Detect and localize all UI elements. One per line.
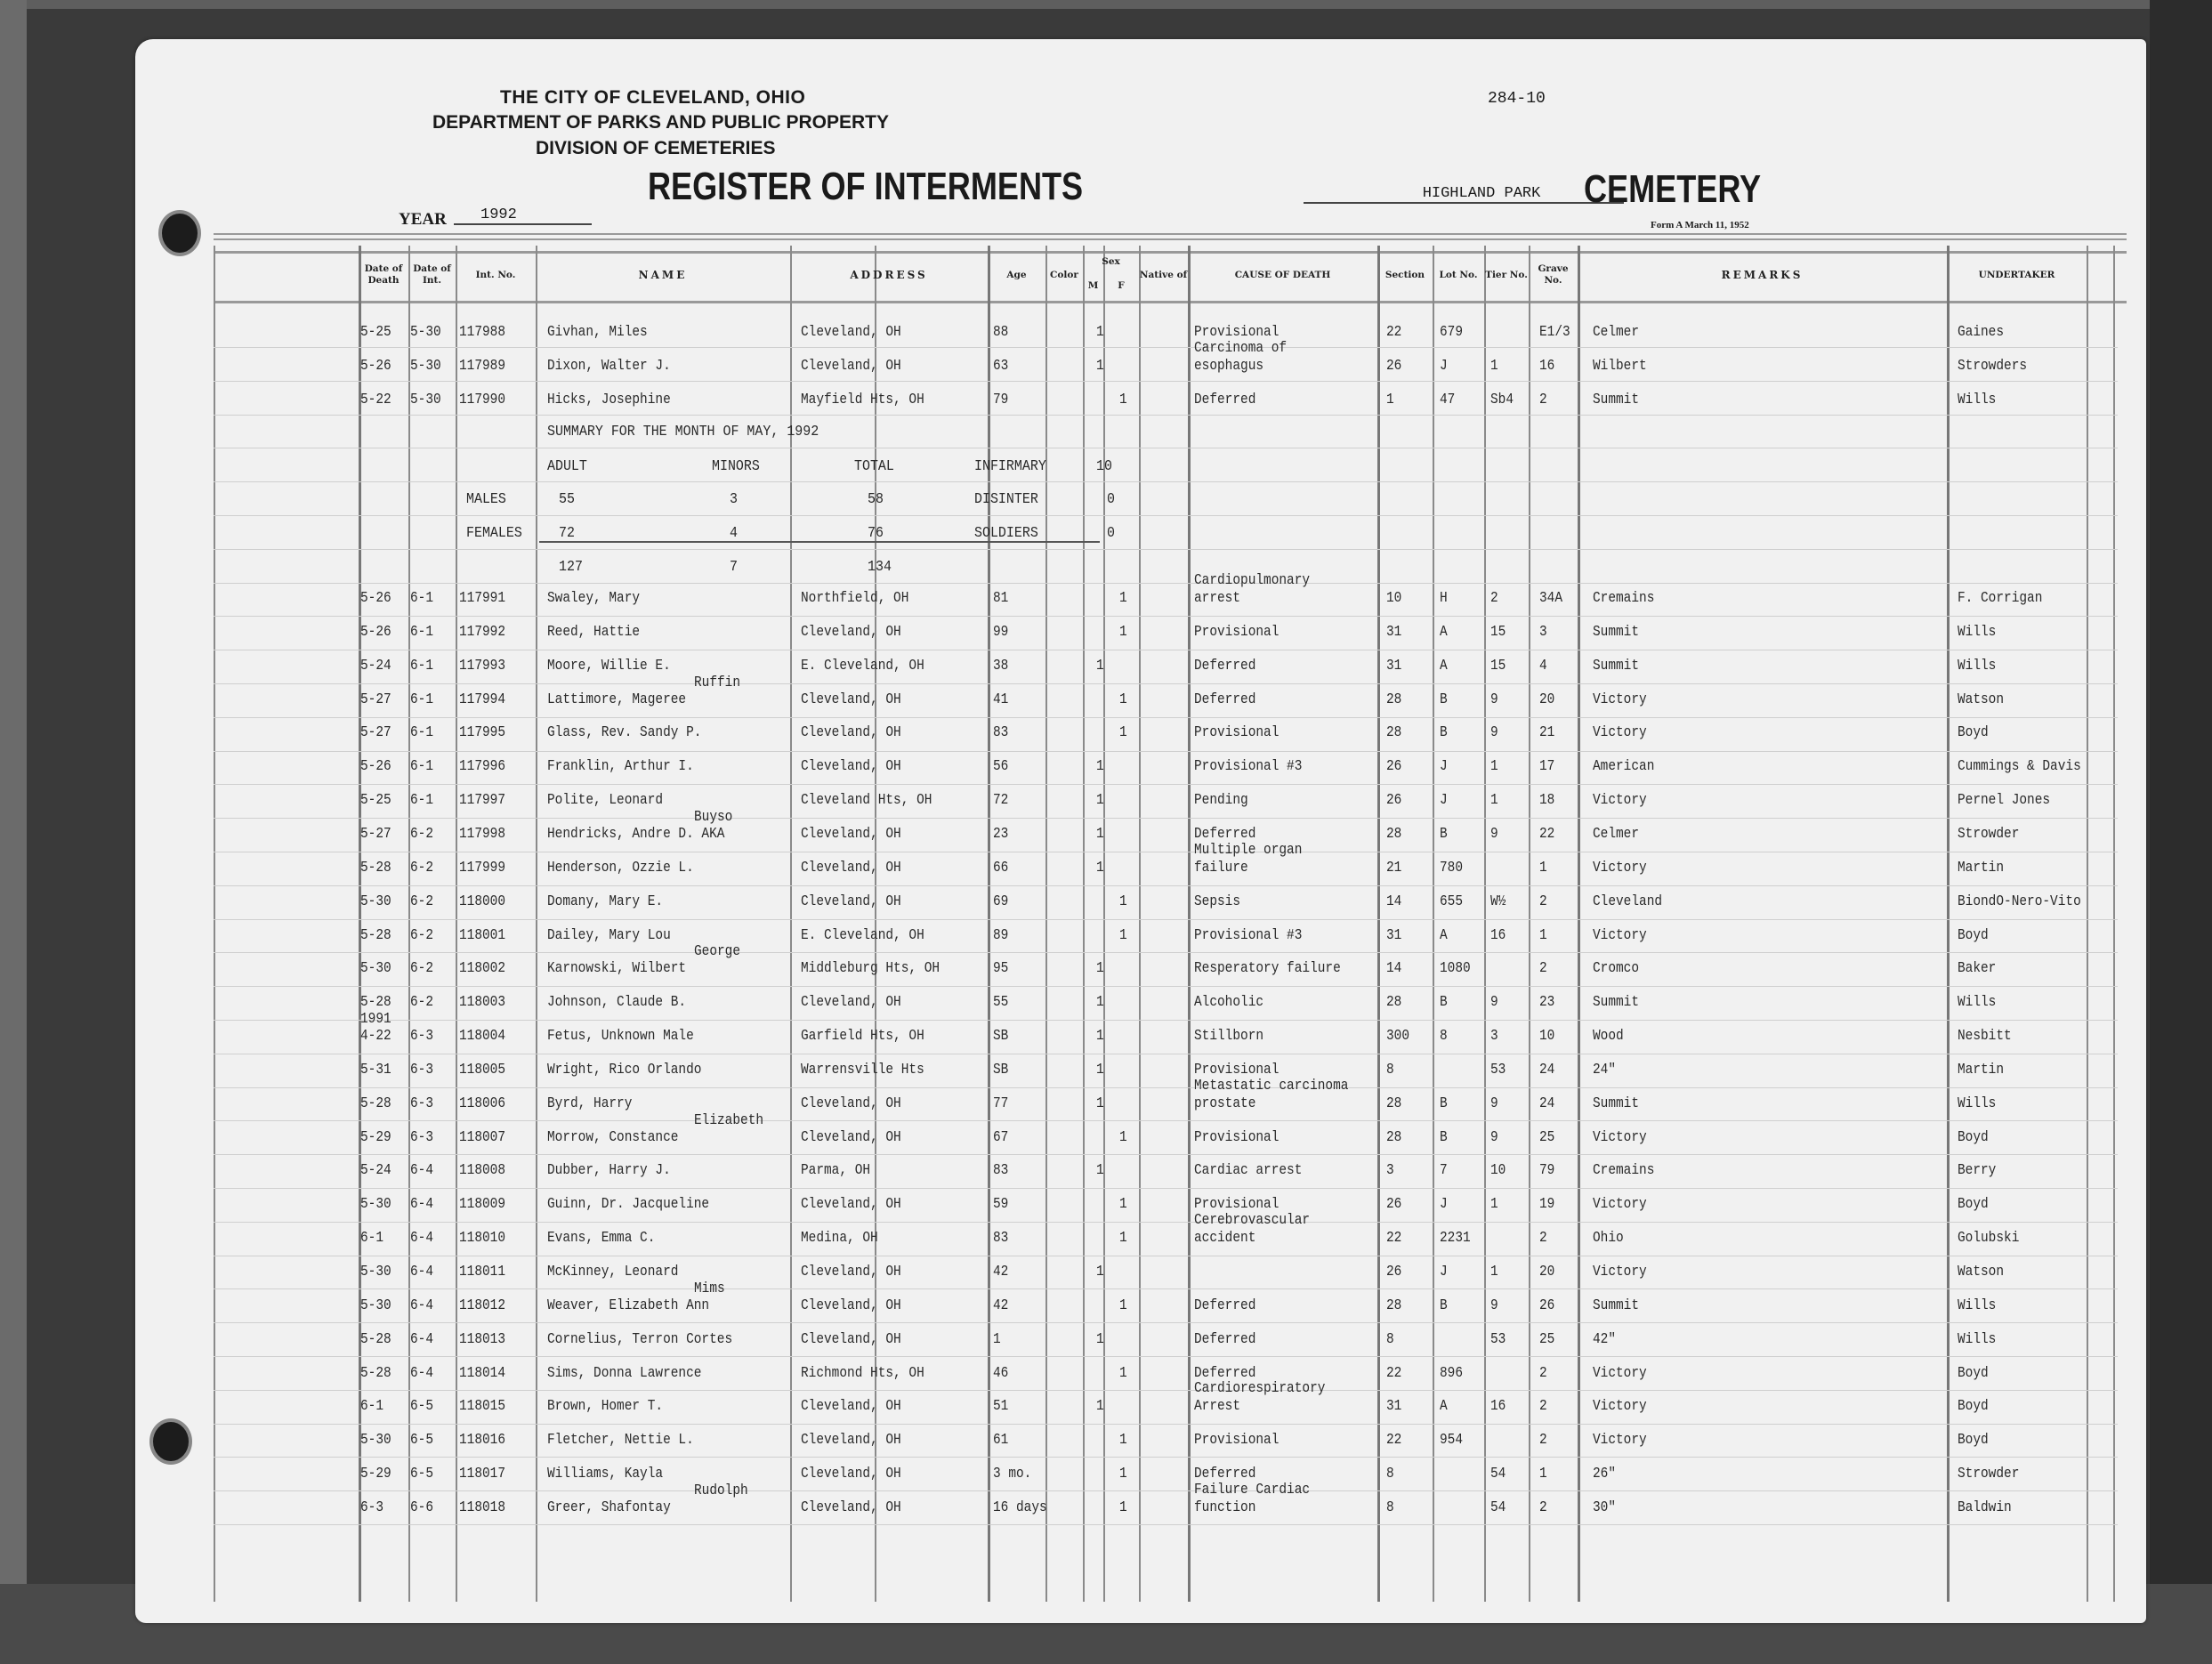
summary-total-label: TOTAL	[854, 458, 894, 475]
cell-name-annotation: Elizabeth	[694, 1112, 763, 1129]
cell-sex-f: 1	[1119, 691, 1127, 708]
cell-age: 77	[993, 1095, 1008, 1112]
cell-tier-no: 9	[1490, 691, 1498, 708]
cell-grave-no: 2	[1539, 1365, 1547, 1382]
cell-date-of-death: 5-26	[360, 624, 392, 641]
col-tier-no: Tier No.	[1484, 251, 1529, 299]
cemetery-label: CEMETERY	[1584, 167, 1761, 212]
disinter-label: DISINTER	[974, 491, 1038, 508]
cell-grave-no: 22	[1539, 826, 1554, 843]
cell-section: 1	[1386, 392, 1394, 408]
ruled-line	[214, 852, 2118, 852]
cell-lot-no: 679	[1440, 324, 1463, 341]
cell-remarks: Victory	[1593, 691, 1647, 708]
cell-section: 10	[1386, 590, 1401, 607]
cell-remarks: Victory	[1593, 1365, 1647, 1382]
cell-lot-no: 896	[1440, 1365, 1463, 1382]
cell-int-no: 118006	[459, 1095, 505, 1112]
cell-date-of-death: 5-22	[360, 392, 392, 408]
cell-undertaker: Martin	[1958, 860, 2004, 876]
cell-sex-m: 1	[1096, 658, 1104, 674]
cell-remarks: Victory	[1593, 1196, 1647, 1213]
cell-undertaker: Cummings & Davis	[1958, 758, 2081, 775]
cell-date-of-int: 6-2	[410, 927, 433, 944]
cell-name: Polite, Leonard	[547, 792, 663, 809]
cell-tier-no: 9	[1490, 1095, 1498, 1112]
year-field: 1992	[454, 206, 592, 225]
cell-date-of-int: 6-2	[410, 826, 433, 843]
ruled-line	[214, 1390, 2118, 1391]
cell-undertaker: F. Corrigan	[1958, 590, 2042, 607]
cell-sex-m: 1	[1096, 1264, 1104, 1280]
cell-date-of-int: 6-2	[410, 994, 433, 1011]
cell-cause-of-death: Cardiac arrest	[1194, 1162, 1302, 1179]
cell-undertaker: Boyd	[1958, 1398, 1989, 1415]
cell-undertaker: Wills	[1958, 624, 1996, 641]
cell-age: 79	[993, 392, 1008, 408]
cell-remarks: Celmer	[1593, 324, 1639, 341]
ruled-line	[214, 1322, 2118, 1323]
cell-grave-no: 17	[1539, 758, 1554, 775]
cell-date-of-death: 5-25	[360, 792, 392, 809]
column-divider	[988, 246, 990, 1602]
ruled-line	[214, 1154, 2118, 1155]
ruled-line	[214, 415, 2118, 416]
cell-remarks: Victory	[1593, 860, 1647, 876]
cell-remarks: Summit	[1593, 1095, 1639, 1112]
cell-undertaker: Wills	[1958, 1095, 1996, 1112]
col-address: ADDRESS	[790, 251, 988, 299]
cell-grave-no: 1	[1539, 927, 1547, 944]
cell-address: Warrensville Hts	[801, 1062, 924, 1078]
cell-sex-m: 1	[1096, 324, 1104, 341]
cell-section: 8	[1386, 1466, 1394, 1482]
cell-date-of-int: 6-3	[410, 1028, 433, 1045]
summary-title: SUMMARY FOR THE MONTH OF MAY, 1992	[547, 424, 819, 440]
cell-age: 41	[993, 691, 1008, 708]
ruled-line	[214, 717, 2118, 718]
cell-tier-no: 53	[1490, 1331, 1506, 1348]
cell-name: Henderson, Ozzie L.	[547, 860, 694, 876]
cell-int-no: 118017	[459, 1466, 505, 1482]
cell-int-no: 117995	[459, 724, 505, 741]
summary-total-rule	[539, 541, 1100, 543]
cell-age: 83	[993, 724, 1008, 741]
header-rule-top-2	[214, 238, 2127, 240]
cemetery-name-field: HIGHLAND PARK	[1304, 185, 1624, 204]
ruled-line	[214, 448, 2118, 448]
cell-date-of-death: 5-26	[360, 590, 392, 607]
cell-name-annotation: Mims	[694, 1280, 725, 1297]
cell-grave-no: 1	[1539, 1466, 1547, 1482]
cell-address: Cleveland, OH	[801, 1297, 901, 1314]
cell-date-of-death: 5-28	[360, 927, 392, 944]
cell-address: E. Cleveland, OH	[801, 927, 924, 944]
cell-section: 26	[1386, 1196, 1401, 1213]
cell-int-no: 117991	[459, 590, 505, 607]
cell-address: Parma, OH	[801, 1162, 870, 1179]
cell-section: 8	[1386, 1499, 1394, 1516]
cell-remarks: Summit	[1593, 1297, 1639, 1314]
sum-total: 134	[868, 559, 892, 576]
cell-remarks: American	[1593, 758, 1654, 775]
cell-section: 22	[1386, 1432, 1401, 1449]
cell-date-of-int: 6-4	[410, 1297, 433, 1314]
cell-lot-no: B	[1440, 826, 1448, 843]
cell-remarks: 26"	[1593, 1466, 1616, 1482]
cell-lot-no: B	[1440, 691, 1448, 708]
ruled-line	[214, 515, 2118, 516]
cell-remarks: 42"	[1593, 1331, 1616, 1348]
cell-int-no: 118009	[459, 1196, 505, 1213]
ruled-line	[214, 818, 2118, 819]
cell-cause-of-death: Carcinoma of	[1194, 340, 1287, 357]
cell-grave-no: 79	[1539, 1162, 1554, 1179]
cell-name: Fetus, Unknown Male	[547, 1028, 694, 1045]
cell-age: 42	[993, 1264, 1008, 1280]
cell-address: Cleveland, OH	[801, 1398, 901, 1415]
summary-males-label: MALES	[466, 491, 506, 508]
summary-adult-label: ADULT	[547, 458, 587, 475]
cell-address: Cleveland, OH	[801, 724, 901, 741]
cell-undertaker: Pernel Jones	[1958, 792, 2050, 809]
ruled-line	[214, 549, 2118, 550]
cell-cause-of-death: Cerebrovascular	[1194, 1212, 1310, 1229]
cell-name: Sims, Donna Lawrence	[547, 1365, 701, 1382]
ruled-line	[214, 986, 2118, 987]
cell-address: Cleveland, OH	[801, 758, 901, 775]
cell-cause-of-death: Cardiorespiratory	[1194, 1380, 1325, 1397]
cell-name: Hendricks, Andre D. AKA	[547, 826, 724, 843]
cell-date-of-death: 5-27	[360, 826, 392, 843]
column-divider	[1377, 246, 1380, 1602]
cell-lot-no: A	[1440, 1398, 1448, 1415]
col-date-of-death: Date of Death	[359, 251, 408, 299]
cell-age: 89	[993, 927, 1008, 944]
ruled-line	[214, 381, 2118, 382]
column-divider	[1484, 246, 1486, 1602]
cell-grave-no: E1/3	[1539, 324, 1570, 341]
city-heading: THE CITY OF CLEVELAND, OHIO	[500, 87, 805, 109]
cell-int-no: 117988	[459, 324, 505, 341]
cell-date-of-int: 6-1	[410, 724, 433, 741]
infirmary-value: 10	[1096, 458, 1112, 475]
cell-cause-of-death: Pending	[1194, 792, 1248, 809]
cell-cause-of-death: Metastatic carcinoma	[1194, 1078, 1348, 1095]
cell-sex-f: 1	[1119, 1196, 1127, 1213]
cell-date-of-death: 6-1	[360, 1398, 383, 1415]
cell-section: 26	[1386, 1264, 1401, 1280]
cell-tier-no: 1	[1490, 792, 1498, 809]
cell-name: Weaver, Elizabeth Ann	[547, 1297, 709, 1314]
cell-section: 14	[1386, 893, 1401, 910]
cell-int-no: 117992	[459, 624, 505, 641]
cell-name: Brown, Homer T.	[547, 1398, 663, 1415]
cell-address: Cleveland, OH	[801, 1499, 901, 1516]
cell-undertaker: Strowders	[1958, 358, 2027, 375]
cell-remarks: Victory	[1593, 1398, 1647, 1415]
ruled-line	[214, 1188, 2118, 1189]
cell-date-of-death: 4-22	[360, 1028, 392, 1045]
cell-int-no: 118015	[459, 1398, 505, 1415]
form-number: 284-10	[1488, 90, 1546, 108]
ruled-line	[214, 1120, 2118, 1121]
cell-lot-no: 47	[1440, 392, 1455, 408]
cell-int-no: 118014	[459, 1365, 505, 1382]
cell-tier-no: 16	[1490, 927, 1506, 944]
cell-tier-no: 9	[1490, 994, 1498, 1011]
cell-tier-no: 10	[1490, 1162, 1506, 1179]
males-total: 58	[868, 491, 884, 508]
cell-cause-of-death: Failure Cardiac	[1194, 1482, 1310, 1498]
cell-section: 22	[1386, 1230, 1401, 1247]
cell-cause-of-death: Provisional #3	[1194, 758, 1302, 775]
cell-name: Dixon, Walter J.	[547, 358, 671, 375]
cell-grave-no: 2	[1539, 893, 1547, 910]
cell-tier-no: 9	[1490, 1297, 1498, 1314]
cell-age: 23	[993, 826, 1008, 843]
cell-lot-no: A	[1440, 624, 1448, 641]
ruled-line	[214, 1256, 2118, 1256]
cell-undertaker: Watson	[1958, 691, 2004, 708]
cell-tier-no: 16	[1490, 1398, 1506, 1415]
cell-date-of-death: 5-28	[360, 994, 392, 1011]
cell-date-of-int: 6-3	[410, 1095, 433, 1112]
col-native-of: Native of	[1139, 251, 1188, 299]
ruled-line	[214, 616, 2118, 617]
cell-date-of-int: 5-30	[410, 358, 441, 375]
cell-age: 55	[993, 994, 1008, 1011]
cell-date-of-int: 6-5	[410, 1398, 433, 1415]
cell-sex-f: 1	[1119, 1365, 1127, 1382]
cell-address: Cleveland, OH	[801, 860, 901, 876]
cell-sex-f: 1	[1119, 624, 1127, 641]
col-age: Age	[988, 251, 1045, 299]
cell-lot-no: J	[1440, 1196, 1448, 1213]
cell-age: 81	[993, 590, 1008, 607]
cell-lot-no: A	[1440, 658, 1448, 674]
cell-lot-no: J	[1440, 358, 1448, 375]
cell-lot-no: H	[1440, 590, 1448, 607]
cell-remarks: Victory	[1593, 1432, 1647, 1449]
cell-date-of-int: 5-30	[410, 392, 441, 408]
cell-name-annotation: Buyso	[694, 809, 732, 826]
cell-address: Cleveland, OH	[801, 1095, 901, 1112]
cell-name: Hicks, Josephine	[547, 392, 671, 408]
cell-grave-no: 2	[1539, 1398, 1547, 1415]
cell-int-no: 118002	[459, 960, 505, 977]
males-adult: 55	[559, 491, 575, 508]
cell-undertaker: Baldwin	[1958, 1499, 2012, 1516]
cell-tier-no: 1	[1490, 358, 1498, 375]
cell-date-of-int: 6-4	[410, 1365, 433, 1382]
cell-int-no: 117989	[459, 358, 505, 375]
cell-sex-m: 1	[1096, 960, 1104, 977]
cell-name: Franklin, Arthur I.	[547, 758, 694, 775]
summary-minors-label: MINORS	[712, 458, 760, 475]
cell-cause-of-death-line2: function	[1194, 1499, 1255, 1516]
ruled-line	[214, 683, 2118, 684]
cell-name-annotation: Rudolph	[694, 1482, 748, 1499]
cell-grave-no: 4	[1539, 658, 1547, 674]
cell-section: 21	[1386, 860, 1401, 876]
cell-age: 16 days	[993, 1499, 1047, 1516]
cell-undertaker: Strowder	[1958, 1466, 2019, 1482]
soldiers-value: 0	[1107, 525, 1115, 542]
cell-lot-no: 780	[1440, 860, 1463, 876]
cell-grave-no: 16	[1539, 358, 1554, 375]
cell-sex-f: 1	[1119, 1230, 1127, 1247]
cell-sex-f: 1	[1119, 1129, 1127, 1146]
cell-address: Cleveland, OH	[801, 994, 901, 1011]
cell-cause-of-death: Deferred	[1194, 392, 1255, 408]
cell-remarks: Victory	[1593, 927, 1647, 944]
cell-remarks: Cleveland	[1593, 893, 1662, 910]
ruled-line	[214, 650, 2118, 650]
cell-tier-no: 9	[1490, 724, 1498, 741]
ruled-line	[214, 1356, 2118, 1357]
cell-date-of-int: 6-1	[410, 624, 433, 641]
binder-right-edge	[2150, 0, 2212, 1664]
cell-address: Cleveland, OH	[801, 324, 901, 341]
cell-sex-f: 1	[1119, 392, 1127, 408]
page-title: REGISTER OF INTERMENTS	[648, 165, 1083, 209]
cell-remarks: Celmer	[1593, 826, 1639, 843]
cell-int-no: 117997	[459, 792, 505, 809]
cell-cause-of-death: Provisional	[1194, 1062, 1279, 1078]
cell-sex-m: 1	[1096, 994, 1104, 1011]
cell-date-of-death: 5-28	[360, 1365, 392, 1382]
cell-cause-of-death: Deferred	[1194, 1466, 1255, 1482]
cell-undertaker: Martin	[1958, 1062, 2004, 1078]
cell-tier-no: 54	[1490, 1466, 1506, 1482]
cell-tier-no: 54	[1490, 1499, 1506, 1516]
cell-tier-no: 1	[1490, 1196, 1498, 1213]
cell-name-annotation: George	[694, 943, 740, 960]
cell-cause-of-death: Stillborn	[1194, 1028, 1263, 1045]
cell-age: 83	[993, 1230, 1008, 1247]
females-minors: 4	[730, 525, 738, 542]
cell-section: 3	[1386, 1162, 1394, 1179]
cell-undertaker: Nesbitt	[1958, 1028, 2012, 1045]
cell-cause-of-death-line2: arrest	[1194, 590, 1240, 607]
cell-section: 26	[1386, 358, 1401, 375]
cell-undertaker: Wills	[1958, 1297, 1996, 1314]
cell-age: SB	[993, 1062, 1008, 1078]
cell-lot-no: J	[1440, 792, 1448, 809]
cell-int-no: 118007	[459, 1129, 505, 1146]
cell-lot-no: 655	[1440, 893, 1463, 910]
cell-int-no: 118013	[459, 1331, 505, 1348]
cell-date-of-int: 6-4	[410, 1196, 433, 1213]
cell-int-no: 118010	[459, 1230, 505, 1247]
cell-lot-no: B	[1440, 1095, 1448, 1112]
cell-remarks: 30"	[1593, 1499, 1616, 1516]
cell-address: Medina, OH	[801, 1230, 878, 1247]
cell-date-of-int: 6-4	[410, 1264, 433, 1280]
cell-date-of-int: 6-1	[410, 758, 433, 775]
cell-int-no: 117996	[459, 758, 505, 775]
cell-name: Swaley, Mary	[547, 590, 640, 607]
cell-address: Richmond Hts, OH	[801, 1365, 924, 1382]
binder-hole-bottom	[149, 1418, 192, 1465]
cell-sex-m: 1	[1096, 1162, 1104, 1179]
cell-address: Cleveland, OH	[801, 1196, 901, 1213]
cell-cause-of-death: Alcoholic	[1194, 994, 1263, 1011]
ruled-line	[214, 1020, 2118, 1021]
cell-date-of-death: 5-24	[360, 1162, 392, 1179]
cell-age: 69	[993, 893, 1008, 910]
cell-sex-m: 1	[1096, 358, 1104, 375]
column-divider	[214, 246, 215, 1602]
cell-undertaker: Strowder	[1958, 826, 2019, 843]
col-sex-f: F	[1103, 274, 1139, 297]
cell-undertaker: Boyd	[1958, 1129, 1989, 1146]
cell-grave-no: 25	[1539, 1331, 1554, 1348]
cell-sex-f: 1	[1119, 1499, 1127, 1516]
table-header-bottom-rule	[214, 301, 2127, 303]
column-divider	[2113, 246, 2115, 1602]
cell-grave-no: 21	[1539, 724, 1554, 741]
cell-cause-of-death: Sepsis	[1194, 893, 1240, 910]
cell-name: Williams, Kayla	[547, 1466, 663, 1482]
cell-name: Byrd, Harry	[547, 1095, 632, 1112]
cell-age: 66	[993, 860, 1008, 876]
cell-age: 42	[993, 1297, 1008, 1314]
cell-tier-no: 9	[1490, 1129, 1498, 1146]
cell-grave-no: 20	[1539, 1264, 1554, 1280]
cell-tier-no: Sb4	[1490, 392, 1514, 408]
cell-address: Cleveland, OH	[801, 624, 901, 641]
cell-tier-no: 15	[1490, 658, 1506, 674]
cell-undertaker: Berry	[1958, 1162, 1996, 1179]
cell-name: Wright, Rico Orlando	[547, 1062, 701, 1078]
cell-undertaker: Boyd	[1958, 1432, 1989, 1449]
cell-int-no: 118011	[459, 1264, 505, 1280]
cell-sex-m: 1	[1096, 758, 1104, 775]
cell-tier-no: 15	[1490, 624, 1506, 641]
cell-date-of-int: 6-6	[410, 1499, 433, 1516]
cell-sex-f: 1	[1119, 1432, 1127, 1449]
cell-sex-f: 1	[1119, 590, 1127, 607]
cell-remarks: Cromco	[1593, 960, 1639, 977]
cell-date-of-int: 6-4	[410, 1331, 433, 1348]
cell-remarks: Summit	[1593, 994, 1639, 1011]
cell-undertaker: Baker	[1958, 960, 1996, 977]
cell-date-of-int: 6-1	[410, 691, 433, 708]
cell-grave-no: 2	[1539, 1230, 1547, 1247]
cell-undertaker: Gaines	[1958, 324, 2004, 341]
cell-int-no: 118000	[459, 893, 505, 910]
cell-cause-of-death: Provisional	[1194, 624, 1279, 641]
cell-cause-of-death-line2: accident	[1194, 1230, 1255, 1247]
cell-address: Cleveland Hts, OH	[801, 792, 932, 809]
cell-lot-no: B	[1440, 994, 1448, 1011]
cell-grave-no: 24	[1539, 1095, 1554, 1112]
cell-date-of-int: 6-2	[410, 893, 433, 910]
col-section: Section	[1377, 251, 1433, 299]
cell-date-of-int: 6-3	[410, 1129, 433, 1146]
cell-lot-no: 1080	[1440, 960, 1471, 977]
cell-section: 8	[1386, 1331, 1394, 1348]
cell-int-no: 118008	[459, 1162, 505, 1179]
sum-adult: 127	[559, 559, 583, 576]
cell-address: Cleveland, OH	[801, 1264, 901, 1280]
cell-date-of-int: 6-1	[410, 658, 433, 674]
ruled-line	[214, 784, 2118, 785]
column-divider	[1578, 246, 1580, 1602]
ruled-line	[214, 1424, 2118, 1425]
